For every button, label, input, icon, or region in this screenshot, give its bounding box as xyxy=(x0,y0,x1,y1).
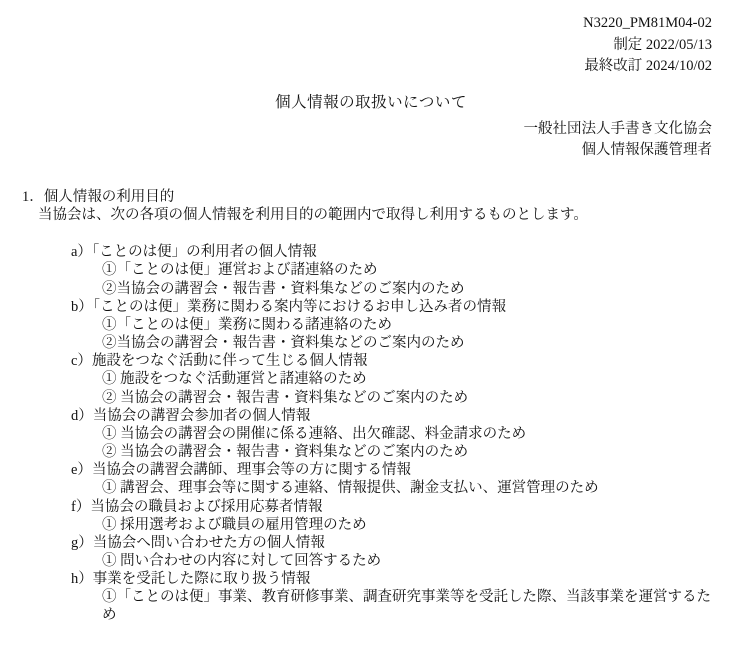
item-head: c）施設をつなぐ活動に伴って生じる個人情報 xyxy=(71,352,722,370)
document-body: 1．個人情報の利用目的 当協会は、次の各項の個人情報を利用目的の範囲内で取得し利… xyxy=(22,188,722,625)
last-revised-date: 最終改訂 2024/10/02 xyxy=(583,56,712,78)
purpose-line: ②当協会の講習会・報告書・資料集などのご案内のため xyxy=(71,280,712,298)
item-head: f）当協会の職員および採用応募者情報 xyxy=(71,498,722,516)
item-title: 当協会の職員および採用応募者情報 xyxy=(90,499,322,515)
item-label: a） xyxy=(71,244,92,260)
purpose-line: ② 当協会の講習会・報告書・資料集などのご案内のため xyxy=(71,443,712,461)
section-intro: 当協会は、次の各項の個人情報を利用目的の範囲内で取得し利用するものとします。 xyxy=(22,206,722,224)
item-label: f） xyxy=(71,499,90,515)
item-title: 当協会の講習会参加者の個人情報 xyxy=(93,408,311,424)
list-item: f）当協会の職員および採用応募者情報 ① 採用選考および職員の雇用管理のため xyxy=(71,498,722,534)
item-label: g） xyxy=(71,535,93,551)
list-item: e）当協会の講習会講師、理事会等の方に関する情報 ① 講習会、理事会等に関する連… xyxy=(71,461,722,497)
list-item: g）当協会へ問い合わせた方の個人情報 ① 問い合わせの内容に対して回答するため xyxy=(71,534,722,570)
purpose-line: ②当協会の講習会・報告書・資料集などのご案内のため xyxy=(71,334,712,352)
author-role: 個人情報保護管理者 xyxy=(524,140,713,161)
item-title: 施設をつなぐ活動に伴って生じる個人情報 xyxy=(92,353,368,369)
section-heading: 1．個人情報の利用目的 xyxy=(22,188,722,206)
item-title: 当協会へ問い合わせた方の個人情報 xyxy=(93,535,325,551)
item-head: h）事業を受託した際に取り扱う情報 xyxy=(71,570,722,588)
byline: 一般社団法人手書き文化協会 個人情報保護管理者 xyxy=(524,119,713,160)
purpose-line: ① 講習会、理事会等に関する連絡、情報提供、謝金支払い、運営管理のため xyxy=(71,479,712,497)
purpose-line: ①「ことのは便」業務に関わる諸連絡のため xyxy=(71,316,712,334)
item-label: b） xyxy=(71,299,93,315)
purpose-line: ①「ことのは便」事業、教育研修事業、調査研究事業等を受託した際、当該事業を運営す… xyxy=(71,588,712,624)
item-label: c） xyxy=(71,353,92,369)
established-date: 制定 2022/05/13 xyxy=(583,35,712,57)
item-head: g）当協会へ問い合わせた方の個人情報 xyxy=(71,534,722,552)
purpose-line: ② 当協会の講習会・報告書・資料集などのご案内のため xyxy=(71,389,712,407)
list-item: c）施設をつなぐ活動に伴って生じる個人情報 ① 施設をつなぐ活動運営と諸連絡のた… xyxy=(71,352,722,406)
item-title: 当協会の講習会講師、理事会等の方に関する情報 xyxy=(92,462,411,478)
purpose-line: ① 施設をつなぐ活動運営と諸連絡のため xyxy=(71,370,712,388)
item-label: d） xyxy=(71,408,93,424)
item-title: 「ことのは便」の利用者の個人情報 xyxy=(92,244,317,260)
item-head: a）「ことのは便」の利用者の個人情報 xyxy=(71,243,722,261)
document-meta: N3220_PM81M04-02 制定 2022/05/13 最終改訂 2024… xyxy=(583,13,712,78)
item-label: e） xyxy=(71,462,92,478)
purpose-line: ① 採用選考および職員の雇用管理のため xyxy=(71,516,712,534)
item-label: h） xyxy=(71,571,93,587)
page-title: 個人情報の取扱いについて xyxy=(0,94,742,112)
document-number: N3220_PM81M04-02 xyxy=(583,13,712,35)
organization-name: 一般社団法人手書き文化協会 xyxy=(524,119,713,140)
item-head: d）当協会の講習会参加者の個人情報 xyxy=(71,407,722,425)
purpose-line: ① 問い合わせの内容に対して回答するため xyxy=(71,552,712,570)
list-item: b）「ことのは便」業務に関わる案内等におけるお申し込み者の情報 ①「ことのは便」… xyxy=(71,298,722,352)
purpose-line: ① 当協会の講習会の開催に係る連絡、出欠確認、料金請求のため xyxy=(71,425,712,443)
item-head: e）当協会の講習会講師、理事会等の方に関する情報 xyxy=(71,461,722,479)
item-head: b）「ことのは便」業務に関わる案内等におけるお申し込み者の情報 xyxy=(71,298,722,316)
item-title: 事業を受託した際に取り扱う情報 xyxy=(93,571,311,587)
document-page: N3220_PM81M04-02 制定 2022/05/13 最終改訂 2024… xyxy=(0,0,742,651)
purpose-items: a）「ことのは便」の利用者の個人情報 ①「ことのは便」運営および諸連絡のため②当… xyxy=(22,243,722,624)
list-item: h）事業を受託した際に取り扱う情報 ①「ことのは便」事業、教育研修事業、調査研究… xyxy=(71,570,722,624)
list-item: d）当協会の講習会参加者の個人情報 ① 当協会の講習会の開催に係る連絡、出欠確認… xyxy=(71,407,722,461)
purpose-line: ①「ことのは便」運営および諸連絡のため xyxy=(71,261,712,279)
list-item: a）「ことのは便」の利用者の個人情報 ①「ことのは便」運営および諸連絡のため②当… xyxy=(71,243,722,297)
item-title: 「ことのは便」業務に関わる案内等におけるお申し込み者の情報 xyxy=(93,299,506,315)
